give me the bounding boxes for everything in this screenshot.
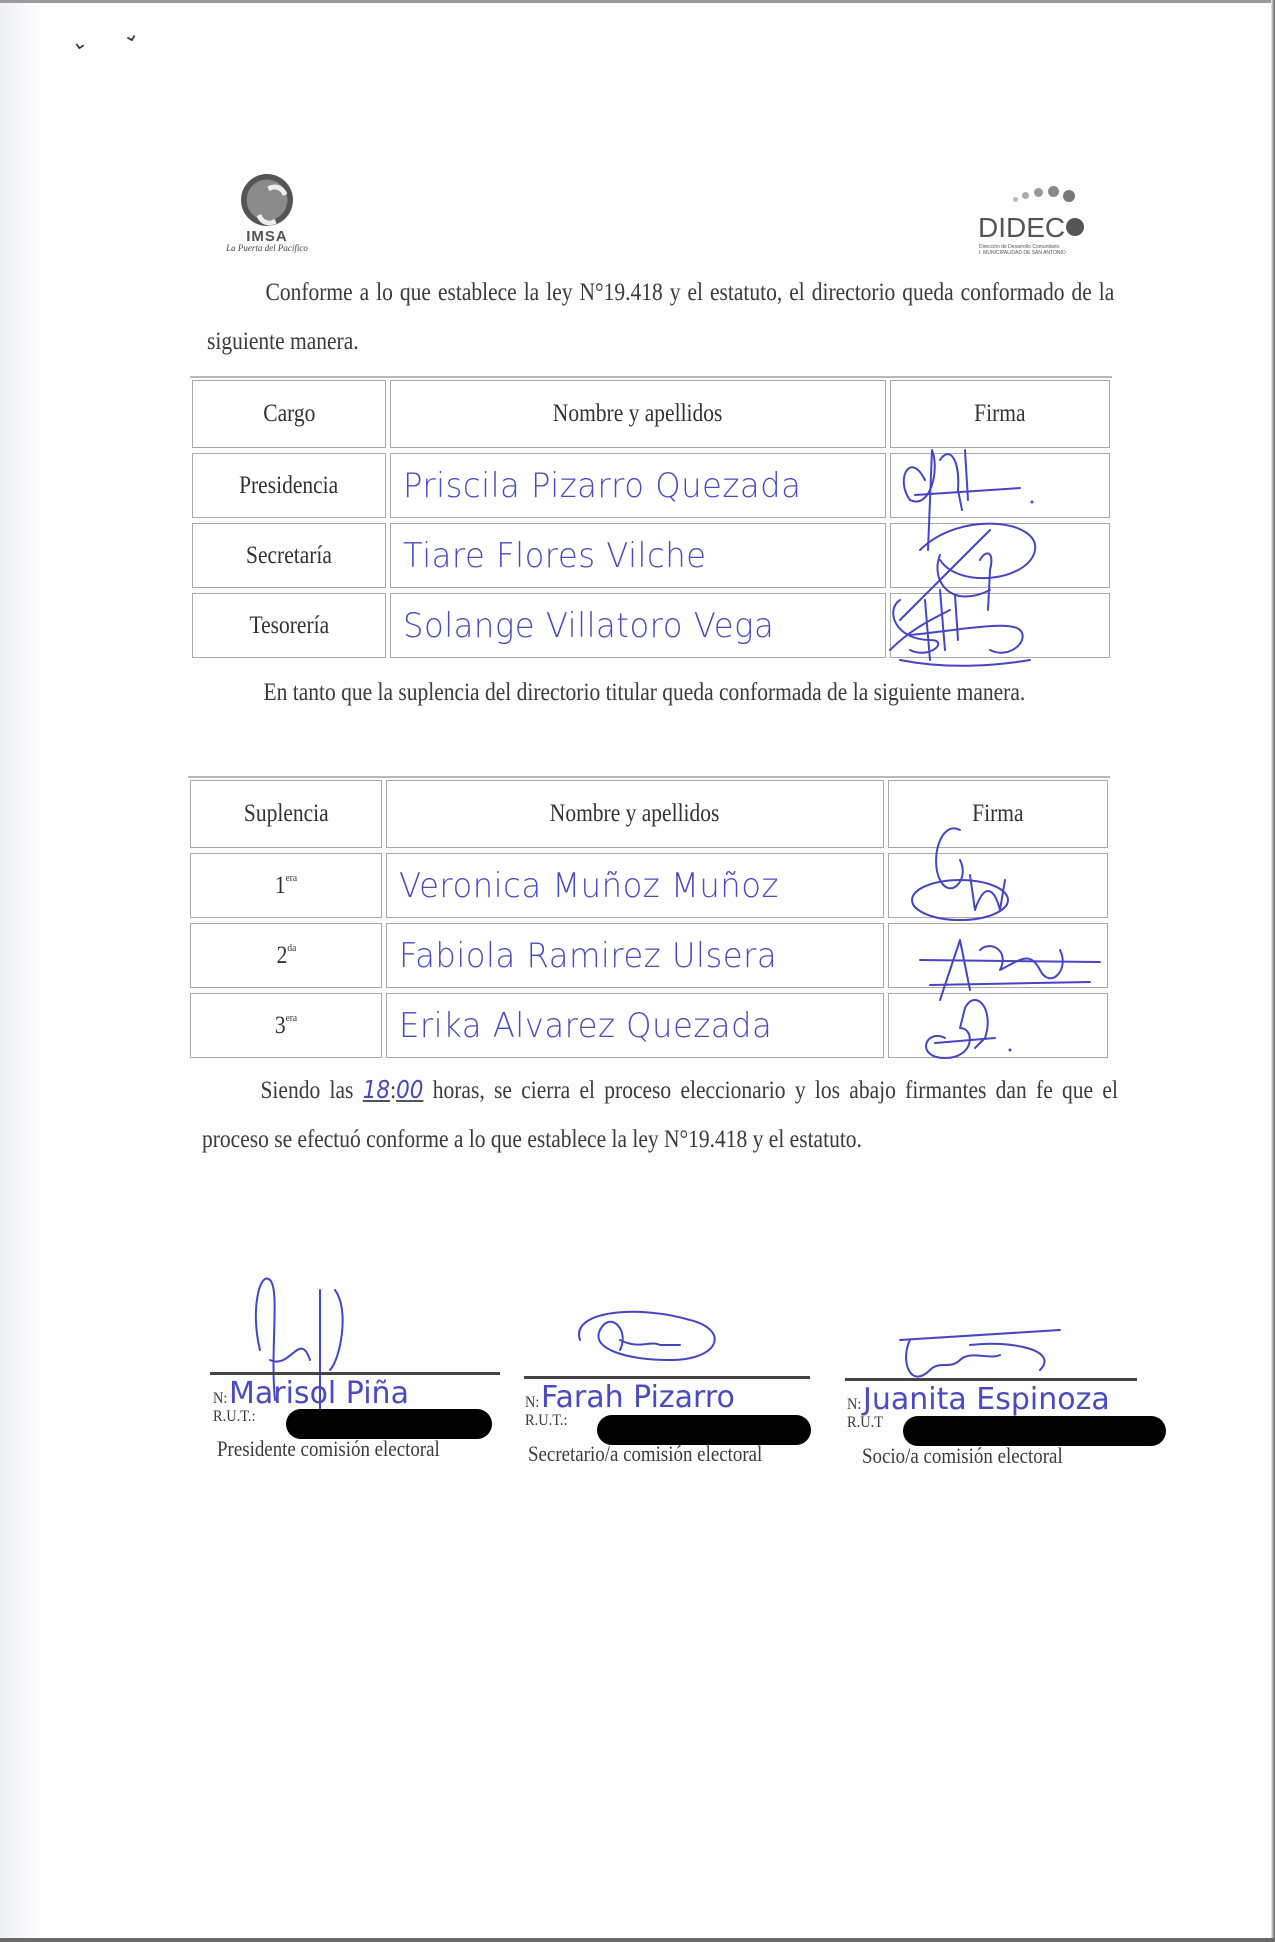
intro-paragraph: Conforme a lo que establece la ley N°19.… bbox=[207, 268, 1114, 366]
table-row: 2da Fabiola Ramirez Ulsera bbox=[188, 921, 1110, 991]
signatory-role: Presidente comisión electoral bbox=[217, 1436, 440, 1462]
handwritten-name: Veronica Muñoz Muñoz bbox=[399, 866, 779, 906]
table-header-row: Cargo Nombre y apellidos Firma bbox=[190, 378, 1112, 451]
page-edge-right bbox=[1271, 0, 1275, 1942]
page-edge-top bbox=[0, 0, 1275, 3]
cargo-cell: Tesorería bbox=[192, 593, 386, 658]
closing-minute: 00 bbox=[396, 1075, 423, 1104]
nombre-cell: Veronica Muñoz Muñoz bbox=[386, 853, 884, 918]
dideco-subtitle-line2: I. MUNICIPALIDAD DE SAN ANTONIO bbox=[979, 250, 1066, 256]
table-row: Secretaría Tiare Flores Vilche bbox=[190, 521, 1112, 591]
table-row: Presidencia Priscila Pizarro Quezada bbox=[190, 451, 1112, 521]
signatory-role: Secretario/a comisión electoral bbox=[528, 1441, 762, 1467]
handwritten-name: Priscila Pizarro Quezada bbox=[403, 466, 801, 506]
suplencia-paragraph: En tanto que la suplencia del directorio… bbox=[205, 668, 1115, 717]
redaction-bar bbox=[903, 1416, 1166, 1446]
table-row: 3era Erika Alvarez Quezada bbox=[188, 991, 1110, 1061]
signatory-name-row: N:Juanita Espinoza bbox=[847, 1382, 1110, 1417]
nombre-cell: Fabiola Ramirez Ulsera bbox=[386, 923, 884, 988]
nombre-cell: Priscila Pizarro Quezada bbox=[390, 453, 886, 518]
signature-line bbox=[845, 1378, 1137, 1381]
signatory-rut-row: R.U.T.: bbox=[213, 1408, 260, 1426]
signatory-name-row: N:Marisol Piña bbox=[213, 1376, 409, 1411]
signatory-name: Juanita Espinoza bbox=[863, 1382, 1110, 1417]
redaction-bar bbox=[286, 1409, 492, 1439]
cargo-cell: Presidencia bbox=[192, 453, 386, 518]
dideco-logo-subtitle: Dirección de Desarrollo Comunitario I. M… bbox=[979, 244, 1066, 256]
firma-cell bbox=[888, 853, 1108, 918]
header-firma: Firma bbox=[890, 380, 1110, 448]
firma-cell bbox=[890, 523, 1110, 588]
signatory-rut-row: R.U.T bbox=[847, 1414, 887, 1432]
nombre-cell: Solange Villatoro Vega bbox=[390, 593, 886, 658]
signature-line bbox=[210, 1372, 500, 1375]
name-label: N: bbox=[525, 1394, 539, 1412]
nombre-cell: Tiare Flores Vilche bbox=[390, 523, 886, 588]
header-nombre: Nombre y apellidos bbox=[386, 780, 884, 848]
scan-mark-icon: ⌄ bbox=[119, 20, 142, 48]
suplencia-table: Suplencia Nombre y apellidos Firma 1era … bbox=[188, 776, 1110, 1061]
firma-cell bbox=[888, 993, 1108, 1058]
suplencia-number-cell: 1era bbox=[190, 853, 382, 918]
suplencia-paragraph-text: En tanto que la suplencia del directorio… bbox=[263, 679, 1025, 706]
signatory-name-row: N:Farah Pizarro bbox=[525, 1380, 735, 1415]
dideco-logo-icon bbox=[1066, 218, 1084, 236]
rut-label: R.U.T.: bbox=[213, 1408, 256, 1426]
suplencia-number-cell: 2da bbox=[190, 923, 382, 988]
intro-paragraph-text: Conforme a lo que establece la ley N°19.… bbox=[207, 279, 1114, 355]
header-nombre: Nombre y apellidos bbox=[390, 380, 886, 448]
handwritten-name: Fabiola Ramirez Ulsera bbox=[399, 936, 777, 976]
header-cargo: Cargo bbox=[192, 380, 386, 448]
firma-cell bbox=[890, 453, 1110, 518]
table-row: 1era Veronica Muñoz Muñoz bbox=[188, 851, 1110, 921]
signatory-role: Socio/a comisión electoral bbox=[862, 1443, 1063, 1469]
closing-paragraph: Siendo las 18:00 horas, se cierra el pro… bbox=[202, 1065, 1118, 1164]
signatory-rut-row: R.U.T.: bbox=[525, 1412, 572, 1430]
scan-mark-icon: ⌄ bbox=[70, 29, 91, 57]
dideco-logo: DIDEC Dirección de Desarrollo Comunitari… bbox=[975, 183, 1095, 263]
closing-hour: 18 bbox=[363, 1075, 390, 1104]
signatory-name: Farah Pizarro bbox=[541, 1380, 735, 1415]
imsa-logo-tagline: La Puerta del Pacífico bbox=[212, 243, 322, 253]
name-label: N: bbox=[847, 1396, 861, 1414]
dideco-dots-icon bbox=[1013, 183, 1093, 207]
cargo-cell: Secretaría bbox=[192, 523, 386, 588]
imsa-logo: Ilustre Municipalidad de San Antonio IMS… bbox=[212, 162, 322, 267]
suplencia-number-cell: 3era bbox=[190, 993, 382, 1058]
firma-cell bbox=[888, 923, 1108, 988]
dideco-name-text: DIDEC bbox=[978, 212, 1065, 243]
directorio-table: Cargo Nombre y apellidos Firma Presidenc… bbox=[190, 376, 1112, 661]
header-suplencia: Suplencia bbox=[190, 780, 382, 848]
table-row: Tesorería Solange Villatoro Vega bbox=[190, 591, 1112, 661]
name-label: N: bbox=[213, 1390, 227, 1408]
closing-text-before: Siendo las bbox=[260, 1077, 353, 1104]
table-header-row: Suplencia Nombre y apellidos Firma bbox=[188, 778, 1110, 851]
dideco-logo-name: DIDEC bbox=[978, 212, 1084, 244]
scan-shadow bbox=[0, 0, 40, 1942]
page-edge-bottom bbox=[0, 1938, 1275, 1942]
signature-line bbox=[524, 1376, 810, 1379]
rut-label: R.U.T.: bbox=[525, 1412, 568, 1430]
nombre-cell: Erika Alvarez Quezada bbox=[386, 993, 884, 1058]
imsa-logo-icon bbox=[241, 174, 293, 226]
firma-cell bbox=[890, 593, 1110, 658]
rut-label: R.U.T bbox=[847, 1414, 883, 1432]
signatory-name: Marisol Piña bbox=[229, 1376, 409, 1411]
header-firma: Firma bbox=[888, 780, 1108, 848]
handwritten-name: Solange Villatoro Vega bbox=[403, 606, 774, 646]
handwritten-name: Erika Alvarez Quezada bbox=[399, 1006, 772, 1046]
handwritten-name: Tiare Flores Vilche bbox=[403, 536, 707, 576]
